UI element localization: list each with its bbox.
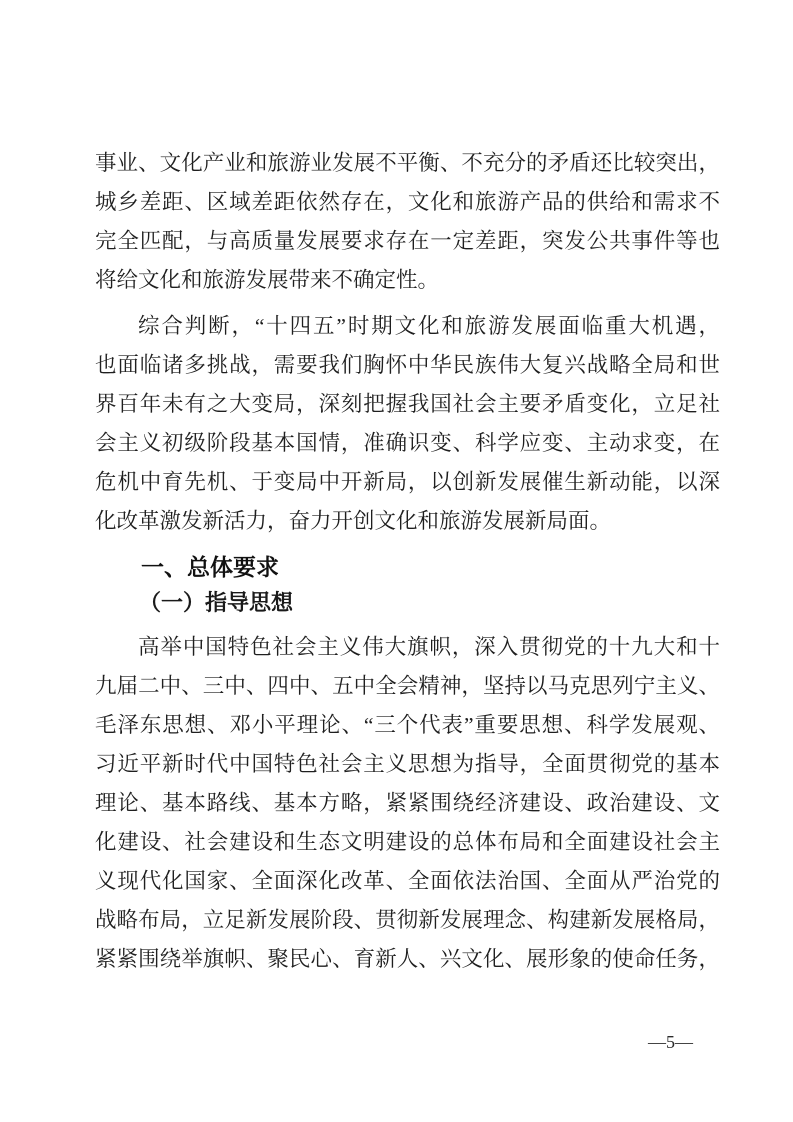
text-line: 将给文化和旅游发展带来不确定性。 [95,261,720,300]
text-line: 也面临诸多挑战，需要我们胸怀中华民族伟大复兴战略全局和世 [95,346,720,385]
text-line: 危机中育先机、于变局中开新局，以创新发展催生新动能，以深 [95,463,720,502]
document-body: 事业、文化产业和旅游业发展不平衡、不充分的矛盾还比较突出， 城乡差距、区域差距依… [95,144,720,979]
paragraph-development-imbalance: 事业、文化产业和旅游业发展不平衡、不充分的矛盾还比较突出， 城乡差距、区域差距依… [95,144,720,300]
paragraph-overall-judgment: 综合判断，“十四五”时期文化和旅游发展面临重大机遇， 也面临诸多挑战，需要我们胸… [95,307,720,541]
text-line: 习近平新时代中国特色社会主义思想为指导，全面贯彻党的基本 [95,745,720,784]
text-line: 九届二中、三中、四中、五中全会精神，坚持以马克思列宁主义、 [95,667,720,706]
text-line: 高举中国特色社会主义伟大旗帜，深入贯彻党的十九大和十 [95,628,720,667]
text-line: 理论、基本路线、基本方略，紧紧围绕经济建设、政治建设、文 [95,784,720,823]
text-line: 会主义初级阶段基本国情，准确识变、科学应变、主动求变，在 [95,424,720,463]
paragraph-guiding-ideology: 高举中国特色社会主义伟大旗帜，深入贯彻党的十九大和十 九届二中、三中、四中、五中… [95,628,720,979]
text-line: 战略布局，立足新发展阶段、贯彻新发展理念、构建新发展格局， [95,901,720,940]
text-line: 化建设、社会建设和生态文明建设的总体布局和全面建设社会主 [95,823,720,862]
text-line: 事业、文化产业和旅游业发展不平衡、不充分的矛盾还比较突出， [95,144,720,183]
text-line: 紧紧围绕举旗帜、聚民心、育新人、兴文化、展形象的使命任务， [95,940,720,979]
text-line: 毛泽东思想、邓小平理论、“三个代表”重要思想、科学发展观、 [95,706,720,745]
document-page: 事业、文化产业和旅游业发展不平衡、不充分的矛盾还比较突出， 城乡差距、区域差距依… [0,0,793,1122]
text-line: 义现代化国家、全面深化改革、全面依法治国、全面从严治党的 [95,862,720,901]
text-line: 综合判断，“十四五”时期文化和旅游发展面临重大机遇， [95,307,720,346]
section-heading-overall-requirements: 一、总体要求 [95,549,720,585]
text-line: 完全匹配，与高质量发展要求存在一定差距，突发公共事件等也 [95,222,720,261]
text-line: 城乡差距、区域差距依然存在，文化和旅游产品的供给和需求不 [95,183,720,222]
subsection-heading-guiding-ideology: （一）指导思想 [95,585,720,621]
text-line: 界百年未有之大变局，深刻把握我国社会主要矛盾变化，立足社 [95,385,720,424]
text-line: 化改革激发新活力，奋力开创文化和旅游发展新局面。 [95,502,720,541]
page-number: —5— [648,1029,693,1055]
